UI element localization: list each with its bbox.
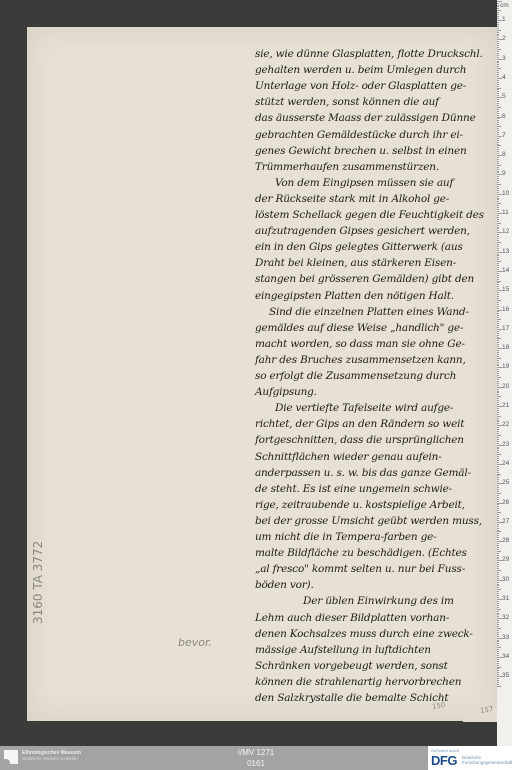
ruler-tick (497, 562, 499, 563)
ruler-tick (497, 468, 499, 469)
ruler-tick (497, 350, 499, 351)
ruler-tick (497, 404, 499, 405)
ruler-tick (497, 53, 499, 54)
ruler-label: 35 (502, 672, 509, 679)
ruler-tick (497, 655, 499, 656)
ruler-tick (497, 391, 499, 392)
ruler-tick (497, 333, 499, 334)
manuscript-line: der Rückseite stark mit in Alkohol ge- (255, 193, 449, 205)
ruler-tick (497, 317, 499, 318)
ruler-tick (497, 32, 499, 33)
ruler-tick (497, 605, 499, 606)
ruler-tick (497, 568, 499, 569)
ruler-tick (497, 199, 499, 200)
ruler-tick (497, 516, 499, 517)
ruler-tick (497, 589, 501, 590)
ruler-tick (497, 626, 499, 627)
ruler-tick (497, 408, 499, 409)
ruler-tick (497, 66, 499, 67)
ruler-tick (497, 414, 499, 415)
ruler-tick (497, 68, 501, 69)
ruler-tick (497, 298, 499, 299)
ruler-tick (497, 118, 499, 119)
ruler-tick (497, 651, 499, 652)
ruler-tick (497, 649, 499, 650)
ruler-tick (497, 16, 499, 17)
ruler-tick (497, 398, 499, 399)
dfg-sponsor-badge: Gefördert durch DFG Deutsche Forschungsg… (428, 746, 512, 770)
ruler-tick (497, 325, 499, 326)
ruler-label: 21 (502, 402, 509, 409)
ruler-tick (497, 89, 499, 90)
ruler-tick (497, 3, 499, 4)
ruler-tick (497, 377, 501, 378)
ruler-tick (497, 547, 499, 548)
ruler-tick (497, 495, 499, 496)
ruler-tick (497, 277, 499, 278)
ruler-tick (497, 172, 499, 173)
ruler-tick (497, 410, 499, 411)
ruler-tick (497, 99, 499, 100)
sponsor-name-line2: Forschungsgemeinschaft (462, 760, 512, 765)
ruler-tick (497, 645, 499, 646)
ruler-tick (497, 531, 501, 532)
ruler-tick (497, 537, 499, 538)
ruler-label: 27 (502, 518, 509, 525)
ruler-tick (497, 489, 499, 490)
manuscript-line: Schnittflächen wieder genau aufein- (255, 451, 442, 463)
ruler-tick (497, 667, 501, 668)
ruler-tick (497, 620, 499, 621)
manuscript-line: das äusserste Maass der zulässigen Dünne (255, 112, 475, 124)
manuscript-line: rige, zeitraubende u. kostspielige Arbei… (255, 499, 465, 511)
ruler-tick (497, 6, 499, 7)
ruler-tick (497, 35, 499, 36)
ruler-tick (497, 510, 499, 511)
ruler-tick (497, 147, 499, 148)
ruler-label: 11 (502, 209, 509, 216)
ruler-tick (497, 308, 499, 309)
ruler-tick (497, 533, 499, 534)
ruler-tick (497, 230, 499, 231)
ruler-tick (497, 375, 499, 376)
manuscript-line: sie, wie dünne Glasplatten, flotte Druck… (255, 48, 475, 60)
ruler-tick (497, 674, 499, 675)
ruler-tick (497, 402, 499, 403)
ruler-tick (497, 466, 499, 467)
ruler-tick (497, 41, 499, 42)
ruler-tick (497, 678, 499, 679)
ruler-tick (497, 111, 499, 112)
ruler-tick (497, 680, 499, 681)
dfg-logo-icon: DFG (431, 753, 457, 768)
center-pencil-note: bevor. (178, 636, 212, 649)
ruler-tick (497, 636, 499, 637)
ruler-tick (497, 487, 499, 488)
ruler-tick (497, 275, 499, 276)
manuscript-line: Von dem Eingipsen müssen sie auf (275, 177, 453, 189)
ruler-tick (497, 582, 499, 583)
ruler-label: 10 (502, 190, 509, 197)
manuscript-line: ein in den Gips gelegtes Gitterwerk (aus (255, 241, 463, 253)
ruler-tick (497, 504, 499, 505)
ruler-label: 12 (502, 228, 509, 235)
ruler-tick (497, 514, 499, 515)
ruler-tick (497, 103, 499, 104)
ruler-tick (497, 186, 499, 187)
ruler-tick (497, 151, 499, 152)
ruler-tick (497, 354, 499, 355)
ruler-label: 13 (502, 248, 509, 255)
ruler-tick (497, 443, 499, 444)
ruler-tick (497, 340, 499, 341)
ruler-tick (497, 55, 499, 56)
manuscript-line: böden vor). (255, 579, 314, 591)
ruler-tick (497, 62, 499, 63)
ruler-tick (497, 338, 501, 339)
ruler-label: 7 (502, 132, 506, 139)
ruler-label: 32 (502, 614, 509, 621)
ruler-tick (497, 394, 499, 395)
manuscript-line: stangen bei grösseren Gemälden) gibt den (255, 273, 474, 285)
ruler-tick (497, 64, 499, 65)
ruler-tick (497, 429, 499, 430)
ruler-tick (497, 192, 499, 193)
ruler-tick (497, 331, 499, 332)
ruler-tick (497, 188, 499, 189)
ruler-tick (497, 217, 499, 218)
ruler-label: 18 (502, 344, 509, 351)
manuscript-line: macht worden, so dass man sie ohne Ge- (255, 338, 465, 350)
ruler-tick (497, 286, 499, 287)
ruler-tick (497, 72, 499, 73)
ruler-tick (497, 153, 499, 154)
ruler-tick (497, 524, 499, 525)
manuscript-line: Die vertiefte Tafelseite wird aufge- (275, 402, 453, 414)
ruler-tick (497, 479, 499, 480)
ruler-tick (497, 578, 499, 579)
manuscript-line: eingegipsten Platten den nötigen Halt. (255, 290, 454, 302)
ruler-tick (497, 279, 499, 280)
ruler-tick (497, 219, 499, 220)
ruler-tick (497, 282, 499, 283)
ruler-tick (497, 205, 499, 206)
ruler-tick (497, 337, 499, 338)
ruler-tick (497, 227, 499, 228)
ruler-tick (497, 659, 499, 660)
ruler-tick (497, 396, 501, 397)
ruler-label: 28 (502, 537, 509, 544)
ruler-tick (497, 512, 501, 513)
ruler-tick (497, 369, 499, 370)
ruler-tick (497, 86, 499, 87)
ruler-tick (497, 292, 499, 293)
ruler-tick (497, 257, 499, 258)
ruler-tick (497, 555, 499, 556)
manuscript-line: so erfolgt die Zusammensetzung durch (255, 370, 456, 382)
ruler-tick (497, 167, 499, 168)
ruler-tick (497, 481, 499, 482)
manuscript-line: de steht. Es ist eine ungemein schwie- (255, 483, 452, 495)
manuscript-line: fahr des Bruches zusammensetzen kann, (255, 354, 466, 366)
ruler-tick (497, 601, 499, 602)
ruler-tick (497, 493, 501, 494)
ruler-tick (497, 458, 499, 459)
ruler-tick (497, 622, 499, 623)
ruler-tick (497, 61, 499, 62)
ruler-tick (497, 421, 499, 422)
ruler-tick (497, 653, 499, 654)
ruler-tick (497, 80, 499, 81)
ruler-tick (497, 373, 499, 374)
ruler-tick (497, 115, 499, 116)
manuscript-line: um nicht die in Tempera-farben ge- (255, 531, 436, 543)
ruler-tick (497, 452, 499, 453)
ruler-tick (497, 553, 499, 554)
ruler-tick (497, 614, 499, 615)
manuscript-line: bei der grosse Umsicht geübt werden muss… (255, 515, 475, 527)
ruler-tick (497, 624, 499, 625)
ruler-tick (497, 267, 499, 268)
ruler-tick (497, 358, 501, 359)
ruler-label: 17 (502, 325, 509, 332)
ruler-tick (497, 228, 499, 229)
ruler-tick (497, 672, 499, 673)
ruler-tick (497, 22, 499, 23)
ruler-tick (497, 236, 499, 237)
ruler-tick (497, 686, 501, 687)
manuscript-line: löstem Schellack gegen die Feuchtigkeit … (255, 209, 475, 221)
ruler-tick (497, 215, 499, 216)
ruler-tick (497, 587, 499, 588)
ruler-tick (497, 248, 499, 249)
ruler-tick (497, 634, 499, 635)
ruler-tick (497, 124, 499, 125)
manuscript-line: aufzutragenden Gipses gesichert werden, (255, 225, 470, 237)
manuscript-line: denen Kochsalzes muss durch eine zweck- (255, 628, 473, 640)
ruler-tick (497, 82, 499, 83)
ruler-tick (497, 47, 499, 48)
ruler-tick (497, 296, 499, 297)
ruler-tick (497, 254, 499, 255)
ruler-tick (497, 543, 499, 544)
ruler-tick (497, 142, 499, 143)
ruler-tick (497, 439, 499, 440)
ruler-label: 8 (502, 151, 506, 158)
ruler-tick (497, 234, 499, 235)
ruler-tick (497, 182, 499, 183)
ruler-tick (497, 157, 499, 158)
ruler-label: 19 (502, 363, 509, 370)
ruler-tick (497, 240, 499, 241)
ruler-label: 15 (502, 286, 509, 293)
cm-ruler: cm 1234567891011121314151617181920212223… (497, 0, 512, 746)
ruler-tick (497, 263, 499, 264)
ruler-tick (497, 74, 499, 75)
ruler-tick (497, 30, 501, 31)
ruler-tick (497, 360, 499, 361)
ruler-tick (497, 628, 501, 629)
ruler-tick (497, 18, 499, 19)
ruler-tick (497, 130, 499, 131)
ruler-tick (497, 49, 501, 50)
ruler-tick (497, 539, 499, 540)
ruler-tick (497, 145, 501, 146)
ruler-tick (497, 163, 499, 164)
ruler-tick (497, 109, 499, 110)
manuscript-line: richtet, der Gips an den Rändern so weit (255, 418, 464, 430)
ruler-tick (497, 611, 499, 612)
ruler-tick (497, 294, 499, 295)
manuscript-line: Der üblen Einwirkung des im (303, 595, 454, 607)
ruler-tick (497, 128, 499, 129)
ruler-tick (497, 273, 499, 274)
ruler-tick (497, 352, 499, 353)
manuscript-line: Aufgipsung. (255, 386, 317, 398)
manuscript-line: gehalten werden u. beim Umlegen durch (255, 64, 466, 76)
ruler-tick (497, 1, 502, 2)
ruler-tick (497, 196, 499, 197)
ruler-tick (497, 198, 499, 199)
ruler-tick (497, 122, 499, 123)
ruler-tick (497, 477, 499, 478)
ruler-tick (497, 576, 499, 577)
ruler-tick (497, 238, 499, 239)
ruler-tick (497, 501, 499, 502)
manuscript-line: Unterlage von Holz- oder Glasplatten ge- (255, 80, 466, 92)
ruler-tick (497, 306, 499, 307)
ruler-tick (497, 201, 499, 202)
manuscript-line: genes Gewicht brechen u. selbst in einen (255, 145, 467, 157)
ruler-tick (497, 526, 499, 527)
ruler-tick (497, 574, 499, 575)
ruler-tick (497, 126, 501, 127)
manuscript-line: „al fresco" kommt selten u. nur bei Fuss… (255, 563, 465, 575)
ruler-tick (497, 389, 499, 390)
ruler-tick (497, 178, 499, 179)
ruler-tick (497, 470, 499, 471)
ruler-tick (497, 506, 499, 507)
ruler-tick (497, 346, 499, 347)
ruler-tick (497, 342, 499, 343)
ruler-tick (497, 381, 499, 382)
ruler-tick (497, 281, 501, 282)
ruler-tick (497, 209, 499, 210)
ruler-tick (497, 400, 499, 401)
ruler-tick (497, 242, 501, 243)
margin-pencil-note: 3160 TA 3772 (31, 541, 45, 624)
ruler-label: 33 (502, 634, 509, 641)
ruler-tick (497, 557, 499, 558)
ruler-tick (497, 383, 499, 384)
ruler-label: 5 (502, 93, 506, 100)
ruler-tick (497, 663, 499, 664)
ruler-label: 20 (502, 383, 509, 390)
ruler-tick (497, 535, 499, 536)
ruler-tick (497, 371, 499, 372)
ruler-tick (497, 640, 499, 641)
ruler-label: 23 (502, 441, 509, 448)
ruler-label: 14 (502, 267, 509, 274)
ruler-tick (497, 70, 499, 71)
ruler-label: 34 (502, 653, 509, 660)
ruler-tick (497, 120, 499, 121)
ruler-tick (497, 327, 499, 328)
ruler-tick (497, 28, 499, 29)
ruler-tick (497, 416, 501, 417)
ruler-tick (497, 207, 499, 208)
ruler-label: 31 (502, 595, 509, 602)
ruler-tick (497, 5, 499, 6)
manuscript-line: können die strahlenartig hervorbrechen (255, 676, 461, 688)
ruler-tick (497, 665, 499, 666)
ruler-tick (497, 91, 499, 92)
ruler-tick (497, 448, 499, 449)
ruler-tick (497, 321, 499, 322)
manuscript-line: malte Bildfläche zu beschädigen. (Echtes (255, 547, 467, 559)
ruler-tick (497, 344, 499, 345)
ruler-tick (497, 603, 499, 604)
ruler-tick (497, 265, 499, 266)
ruler-tick (497, 362, 499, 363)
ruler-tick (497, 259, 499, 260)
ruler-tick (497, 113, 499, 114)
ruler-label: 9 (502, 170, 506, 177)
ruler-tick (497, 132, 499, 133)
ruler-tick (497, 323, 499, 324)
ruler-tick (497, 84, 499, 85)
ruler-tick (497, 684, 499, 685)
ruler-tick (497, 616, 499, 617)
ruler-tick (497, 597, 499, 598)
ruler-tick (497, 302, 499, 303)
ruler-tick (497, 630, 499, 631)
ruler-tick (497, 460, 499, 461)
ruler-tick (497, 462, 499, 463)
ruler-tick (497, 474, 501, 475)
ruler-tick (497, 319, 501, 320)
ruler-tick (497, 356, 499, 357)
ruler-label: 1 (502, 16, 506, 23)
ruler-tick (497, 26, 499, 27)
ruler-tick (497, 564, 499, 565)
ruler-label: 16 (502, 306, 509, 313)
ruler-tick (497, 551, 501, 552)
ruler-tick (497, 203, 501, 204)
ruler-tick (497, 255, 499, 256)
manuscript-line: anderpassen u. s. w. bis das ganze Gemäl… (255, 467, 471, 479)
ruler-tick (497, 497, 499, 498)
ruler-tick (497, 93, 499, 94)
ruler-tick (497, 364, 499, 365)
manuscript-line: Draht bei kleinen, aus stärkeren Eisen- (255, 257, 456, 269)
ruler-tick (497, 300, 501, 301)
ruler-tick (497, 223, 501, 224)
ruler-tick (497, 221, 499, 222)
ruler-label: 24 (502, 460, 509, 467)
ruler-tick (497, 418, 499, 419)
ruler-tick (497, 37, 499, 38)
ruler-tick (497, 549, 499, 550)
manuscript-line: Lehm auch dieser Bildplatten vorhan- (255, 612, 449, 624)
ruler-tick (497, 441, 499, 442)
ruler-tick (497, 51, 499, 52)
ruler-tick (497, 584, 499, 585)
ruler-tick (497, 437, 499, 438)
ruler-label: 3 (502, 55, 506, 62)
ruler-tick (497, 284, 499, 285)
ruler-tick (497, 485, 499, 486)
